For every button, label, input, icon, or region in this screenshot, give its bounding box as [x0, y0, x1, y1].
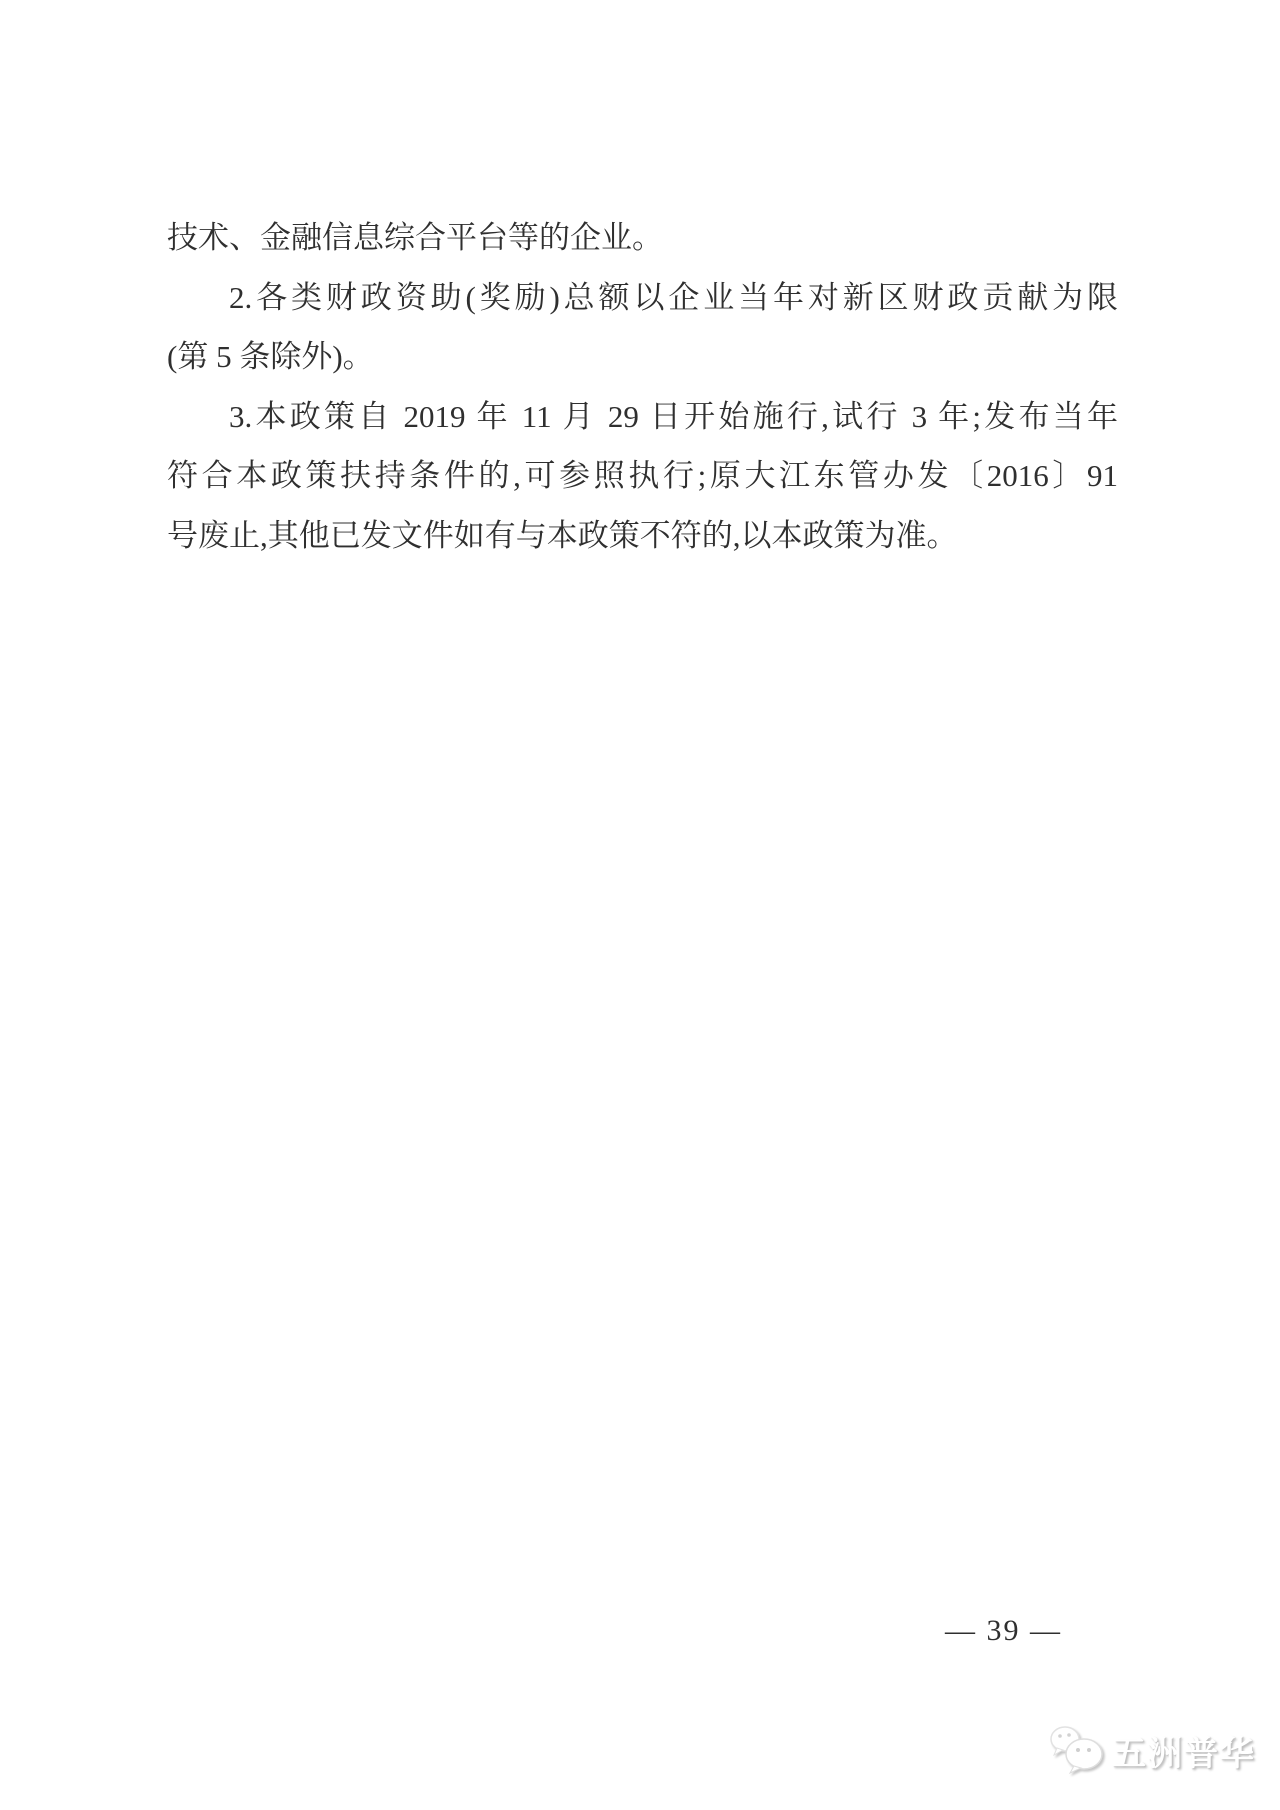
- wechat-icon: [1048, 1724, 1106, 1776]
- text-line-2: 2.各类财政资助(奖励)总额以企业当年对新区财政贡献为限: [167, 268, 1118, 328]
- text-line-1: 技术、金融信息综合平台等的企业。: [167, 208, 1118, 268]
- text-line-6: 号废止,其他已发文件如有与本政策不符的,以本政策为准。: [167, 506, 1118, 566]
- brand-name: 五洲普华: [1112, 1726, 1256, 1775]
- document-page: 技术、金融信息综合平台等的企业。 2.各类财政资助(奖励)总额以企业当年对新区财…: [0, 0, 1280, 1810]
- page-number: — 39 —: [945, 1610, 1062, 1652]
- text-line-5: 符合本政策扶持条件的,可参照执行;原大江东管办发〔2016〕91: [167, 446, 1118, 506]
- body-text: 技术、金融信息综合平台等的企业。 2.各类财政资助(奖励)总额以企业当年对新区财…: [167, 208, 1118, 565]
- text-line-3: (第 5 条除外)。: [167, 327, 1118, 387]
- text-line-4: 3.本政策自 2019 年 11 月 29 日开始施行,试行 3 年;发布当年: [167, 387, 1118, 447]
- brand-watermark: 五洲普华: [1048, 1724, 1256, 1776]
